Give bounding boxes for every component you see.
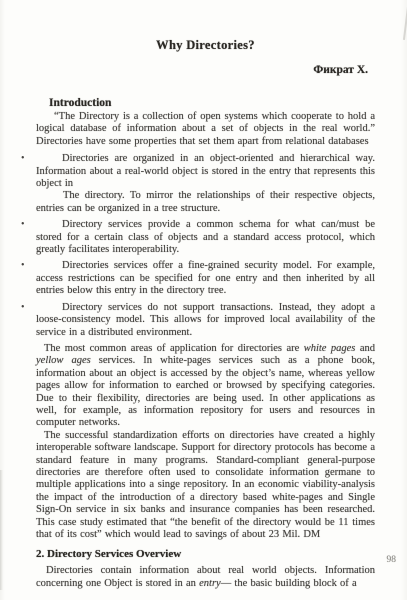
paragraph-text: The successful standardization efforts o… [36,430,375,540]
bullet-list: • Directories are organized in an object… [36,153,375,339]
paragraph-introduction: “The Directory is a collection of open s… [36,111,375,148]
paragraph-overview: Directories contain information about re… [36,565,375,590]
bullet-icon: • [21,219,25,230]
bullet-text: Directory services provide a common sche… [36,219,375,256]
paragraph-text: and [355,343,375,354]
paragraph-text: “The Directory is a collection of open s… [36,111,375,147]
list-item: • Directory services do not support tran… [36,302,375,339]
bullet-text: Directories are organized in an object-o… [36,153,375,190]
bullet-icon: • [21,260,25,271]
paragraph-text: — the basic building block of a [221,578,357,589]
paragraph-standardization: The successful standardization efforts o… [36,430,375,542]
bullet-icon: • [21,153,25,164]
italic-term-yellow-pages: yellow ages [36,355,91,366]
page-number: 98 [387,555,397,565]
author-name: Фикрат Х. [36,64,375,76]
page-content: Why Directories? Фикрат Х. Introduction … [36,38,375,590]
section-heading-introduction: Introduction [36,97,375,109]
italic-term-entry: entry [199,578,221,589]
list-item: • Directories are organized in an object… [36,153,375,215]
list-item: • Directory services provide a common sc… [36,219,375,256]
bullet-icon: • [21,302,25,313]
paragraph-text: The most common areas of application for… [44,343,304,354]
paragraph-applications: The most common areas of application for… [36,343,375,430]
scanned-paper-page: Why Directories? Фикрат Х. Introduction … [0,0,407,600]
page-title: Why Directories? [36,38,375,53]
bullet-text: Directories services offer a fine-graine… [36,260,375,297]
bullet-text: Directory services do not support transa… [36,302,375,339]
section-heading-overview: 2. Directory Services Overview [36,548,375,560]
list-item: • Directories services offer a fine-grai… [36,260,375,297]
italic-term-white-pages: white pages [304,343,356,354]
bullet-text-continued: The directory. To mirror the relationshi… [36,190,375,215]
